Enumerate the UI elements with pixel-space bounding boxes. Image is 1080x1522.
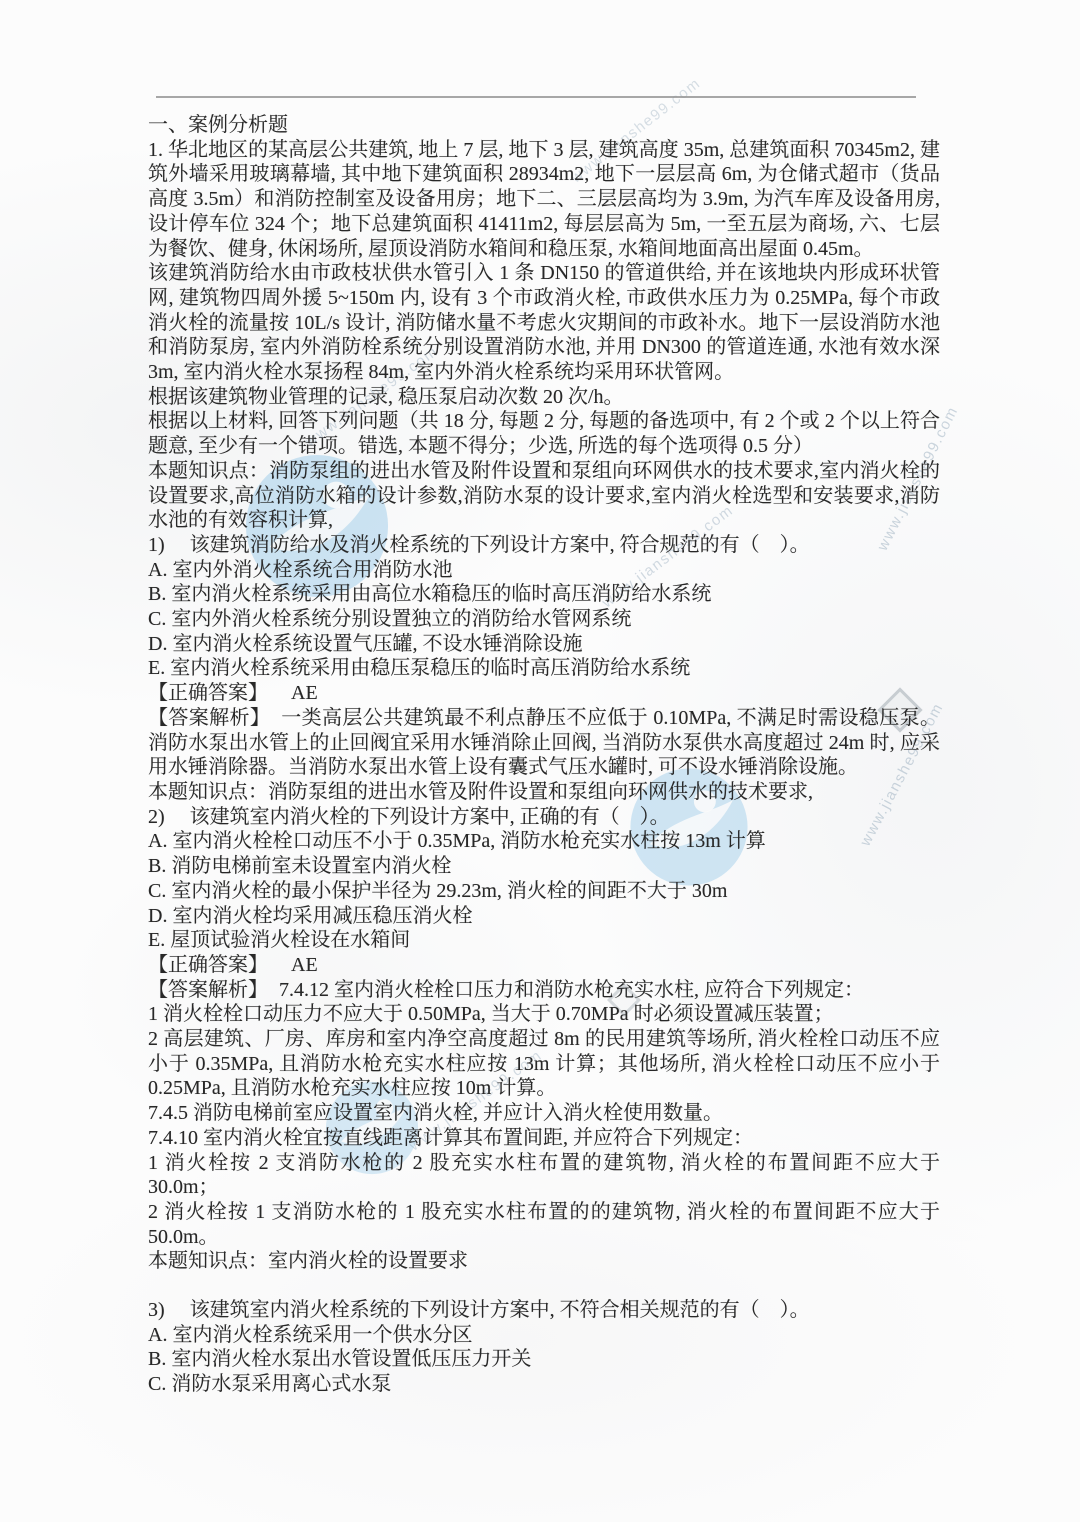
q1-option-b: B. 室内消火栓系统采用由高位水箱稳压的临时高压消防给水系统 xyxy=(148,582,940,607)
document-page: www.jianshe99.com www.jianshe99.com www.… xyxy=(0,0,1080,1522)
case-analysis-content: 一、案例分析题 1. 华北地区的某高层公共建筑, 地上 7 层, 地下 3 层,… xyxy=(148,113,940,1397)
correct-answer-label: 【正确答案】 xyxy=(148,954,268,976)
q3-option-b: B. 室内消火栓水泵出水管设置低压压力开关 xyxy=(148,1347,940,1372)
correct-answer-value: AE xyxy=(291,954,318,976)
q2-option-b: B. 消防电梯前室未设置室内消火栓 xyxy=(148,854,940,879)
answer-analysis-text: 7.4.12 室内消火栓栓口压力和消防水枪充实水柱, 应符合下列规定： xyxy=(279,979,864,1001)
correct-answer-value: AE xyxy=(291,682,318,704)
q2-option-d: D. 室内消火栓均采用减压稳压消火栓 xyxy=(148,904,940,929)
q2-explanation-item-1: 1 消火栓栓口动压力不应大于 0.50MPa, 当大于 0.70MPa 时必须设… xyxy=(148,1002,940,1027)
q2-option-e: E. 屋顶试验消火栓设在水箱间 xyxy=(148,928,940,953)
section-title: 一、案例分析题 xyxy=(148,113,940,138)
q3-option-a: A. 室内消火栓系统采用一个供水分区 xyxy=(148,1323,940,1348)
q2-explanation-item-3: 7.4.5 消防电梯前室应设置室内消火栓, 并应计入消火栓使用数量。 xyxy=(148,1101,940,1126)
q1-explanation: 【答案解析】一类高层公共建筑最不利点静压不应低于 0.10MPa, 不满足时需设… xyxy=(148,706,940,780)
case-paragraph-knowledge-points: 本题知识点：消防泵组的进出水管及附件设置和泵组向环网供水的技术要求,室内消火栓的… xyxy=(148,459,940,533)
q1-option-d: D. 室内消火栓系统设置气压罐, 不设水锤消除设施 xyxy=(148,632,940,657)
q2-option-c: C. 室内消火栓的最小保护半径为 29.23m, 消火栓的间距不大于 30m xyxy=(148,879,940,904)
q2-explanation-intro: 【答案解析】7.4.12 室内消火栓栓口压力和消防水枪充实水柱, 应符合下列规定… xyxy=(148,978,940,1003)
q2-stem: 2) 该建筑室内消火栓的下列设计方案中, 正确的有（ ）。 xyxy=(148,805,940,830)
q1-correct-answer: 【正确答案】AE xyxy=(148,681,940,706)
q2-explanation-item-4: 7.4.10 室内消火栓宜按直线距离计算其布置间距, 并应符合下列规定： xyxy=(148,1126,940,1151)
q2-explanation-item-5: 1 消火栓按 2 支消防水枪的 2 股充实水柱布置的建筑物, 消火栓的布置间距不… xyxy=(148,1151,940,1200)
q1-option-c: C. 室内外消火栓系统分别设置独立的消防给水管网系统 xyxy=(148,607,940,632)
q1-option-e: E. 室内消火栓系统采用由稳压泵稳压的临时高压消防给水系统 xyxy=(148,656,940,681)
q3-option-c: C. 消防水泵采用离心式水泵 xyxy=(148,1372,940,1397)
case-paragraph-building: 1. 华北地区的某高层公共建筑, 地上 7 层, 地下 3 层, 建筑高度 35… xyxy=(148,138,940,262)
q1-option-a: A. 室内外消火栓系统合用消防水池 xyxy=(148,558,940,583)
q1-knowledge-note: 本题知识点：消防泵组的进出水管及附件设置和泵组向环网供水的技术要求, xyxy=(148,780,940,805)
answer-analysis-label: 【答案解析】 xyxy=(148,707,270,729)
answer-analysis-label: 【答案解析】 xyxy=(148,979,268,1001)
case-paragraph-instructions: 根据以上材料, 回答下列问题（共 18 分, 每题 2 分, 每题的备选项中, … xyxy=(148,409,940,458)
page-top-rule xyxy=(156,96,916,98)
q2-knowledge-note: 本题知识点：室内消火栓的设置要求 xyxy=(148,1249,940,1274)
case-paragraph-pump-record: 根据该建筑物业管理的记录, 稳压泵启动次数 20 次/h。 xyxy=(148,385,940,410)
correct-answer-label: 【正确答案】 xyxy=(148,682,268,704)
q1-stem: 1) 该建筑消防给水及消火栓系统的下列设计方案中, 符合规范的有（ ）。 xyxy=(148,533,940,558)
q2-option-a: A. 室内消火栓栓口动压不小于 0.35MPa, 消防水枪充实水柱按 13m 计… xyxy=(148,829,940,854)
q2-explanation-item-6: 2 消火栓按 1 支消防水枪的 1 股充实水柱布置的的建筑物, 消火栓的布置间距… xyxy=(148,1200,940,1249)
q2-correct-answer: 【正确答案】AE xyxy=(148,953,940,978)
q3-stem: 3) 该建筑室内消火栓系统的下列设计方案中, 不符合相关规范的有（ ）。 xyxy=(148,1298,940,1323)
case-paragraph-water-supply: 该建筑消防给水由市政枝状供水管引入 1 条 DN150 的管道供给, 并在该地块… xyxy=(148,261,940,385)
q2-explanation-item-2: 2 高层建筑、厂房、库房和室内净空高度超过 8m 的民用建筑等场所, 消火栓栓口… xyxy=(148,1027,940,1101)
